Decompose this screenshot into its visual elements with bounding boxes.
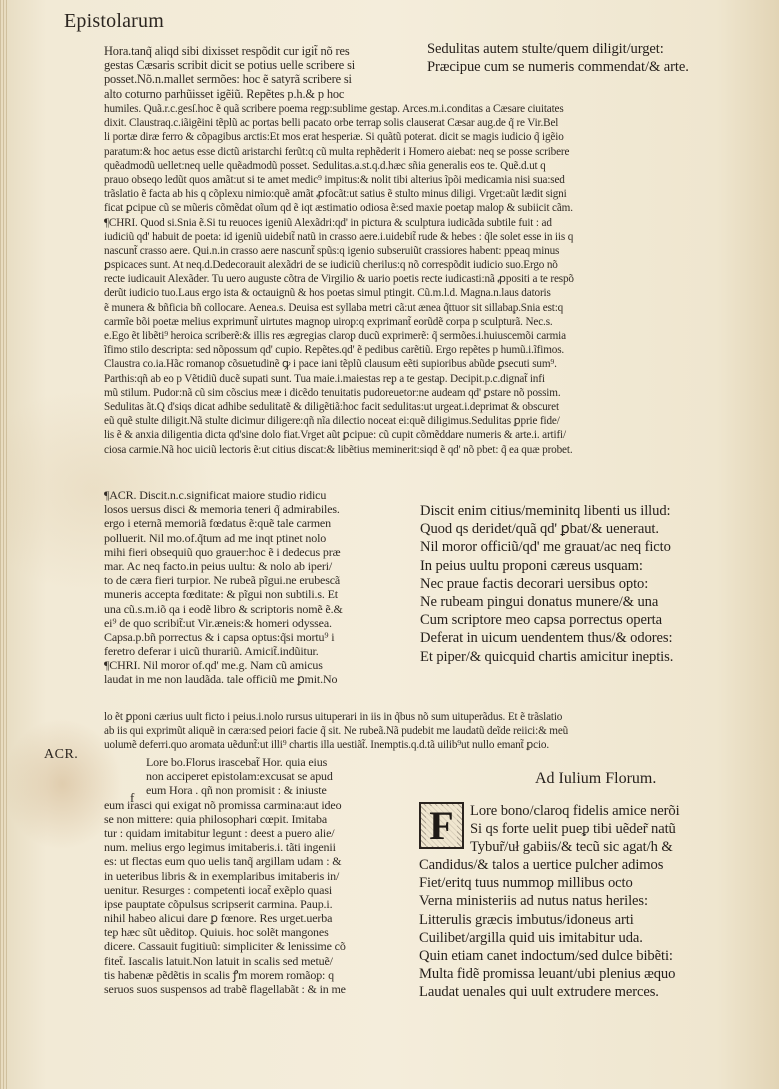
- commentary-line: alto coturno parhũisset igẽiũ. Repẽtes p…: [104, 87, 355, 101]
- commentary-line: e.Ego ẽt libẽti⁹ heroica scriberẽ:& illi…: [104, 329, 574, 343]
- commentary-line: eũ quẽ stulte diligit.Nã stulte dicimur …: [104, 414, 574, 428]
- commentary-line: se non mittere: quia philosophari cœpit.…: [104, 812, 346, 826]
- commentary-line: teᵱ hæc sũt uẽditoᵱ. Quiuis. hoc solẽt m…: [104, 925, 346, 939]
- verse-line: Quin etiam canet indoctum/sed dulce bibẽ…: [419, 947, 675, 965]
- commentary-line: recte iudicauit Alexãder. Tu uero august…: [104, 272, 574, 286]
- commentary-line: Capsa.p.bñ porrectus & i capsa optus:q̃s…: [104, 630, 343, 644]
- verse-line: Cum scriptore meo capsa porrectus operta: [420, 611, 673, 629]
- commentary-line: in ueteribus libris & in exemplaribus im…: [104, 869, 346, 883]
- epistle-verse-indented: Lore bono/claroq fidelis amice nerõi Si …: [470, 802, 680, 857]
- commentary-line: Parthis:qñ ab eo p Vẽtidiũ ducẽ supati s…: [104, 372, 574, 386]
- commentary-line: humiles. Quã.r.c.gesſ.hoc ẽ quã scribere…: [104, 102, 574, 116]
- verse-line: Discit enim citius/meminitq libenti us i…: [420, 502, 673, 520]
- verse-line: Nil moror officiũ/qd' me grauat/ac neq f…: [420, 538, 673, 556]
- verse-line: In peius uultu proponi cæreus usquam:: [420, 557, 673, 575]
- commentary-line: es: ut flectas eum quo uelis tanq̃ argil…: [104, 854, 346, 868]
- commentary-line: dicere. Cassauit fugitiuũ: simpliciter &…: [104, 939, 346, 953]
- commentary-line: prauo obseqo ledũt quos amãt:ut si te am…: [104, 173, 574, 187]
- commentary-line: uolumẽ deferri.quo aromata uẽdunt̃:ut il…: [104, 738, 568, 752]
- commentary-line: una cũ.s.m.iõ qa i eodẽ libro & scriptor…: [104, 602, 343, 616]
- commentary-line: lis ẽ & anxia diligentia dicta qd'sine d…: [104, 428, 574, 442]
- commentary-line: ei⁹ de quo scribit̃:ut Vir.æneis:& homer…: [104, 616, 343, 630]
- verse-line: Tybur̃/uł gabiis/& tecũ sic agat/h &: [470, 838, 680, 856]
- commentary-line: quẽadmodũ uellet:neq uelle quẽadmodũ pos…: [104, 159, 574, 173]
- commentary-line: ¶CHRI. Quod si.Snia ẽ.Si tu reuoces igen…: [104, 216, 574, 230]
- verse-line: Sedulitas autem stulte/quem diligit/urge…: [427, 40, 689, 58]
- commentary-block-3: ¶ACR. Discit.n.c.significat maiore studi…: [104, 488, 343, 687]
- commentary-line: mar. Ac neq facto.in peius uultu: & nolo…: [104, 559, 343, 573]
- commentary-block-5: Lore bo.Florus irascebat̃ Hor. quia eius…: [104, 755, 346, 996]
- commentary-line: losos uersus disci & memoria teneri q̃ a…: [104, 502, 343, 516]
- commentary-line: feretro deferar i uicũ thurariũ. Amicit̃…: [104, 644, 343, 658]
- page-binding-edge: [0, 0, 7, 1089]
- commentary-block-4: lo ẽt ꝑponi cærius uult ficto i peius.i.…: [104, 710, 568, 753]
- commentary-line: mihi fieri obsequiũ quo grauer:hoc ẽ i d…: [104, 545, 343, 559]
- verse-line: Cuilibet/argilla quid uis imitabitur uda…: [419, 929, 675, 947]
- commentary-line: seruos suos suspensos ad trabẽ flagellab…: [104, 982, 346, 996]
- commentary-line: derũt iudicio tuo.Laus ergo ista & octau…: [104, 286, 574, 300]
- commentary-line: ĩfimo stilo descripta: sed nõpossum qd' …: [104, 343, 574, 357]
- initial-letter: F: [426, 806, 456, 846]
- commentary-line: non acciperet epistolam:excusat se apud: [104, 769, 346, 783]
- commentary-line: num. melius ergo legimus imitaberis.i. t…: [104, 840, 346, 854]
- commentary-line: ab iis qui exprimũt aliquẽ in cæra:sed p…: [104, 724, 568, 738]
- commentary-line: tur : quidam imitabitur legunt : deest a…: [104, 826, 346, 840]
- commentary-line: mũ stilum. Pudor:nã cũ sim cõscius meæ i…: [104, 386, 574, 400]
- commentary-block-1: Hora.tanq̃ aliqd sibi dixisset respõdit …: [104, 44, 355, 101]
- verse-line: Quod qs deridet/quã qd' ꝑbat/& ueneraut.: [420, 520, 673, 538]
- commentary-line: tis habenæ pẽdẽtis in scalis ꝭm morem ro…: [104, 968, 346, 982]
- verse-line: Laudat uenales qui uult extrudere merces…: [419, 983, 675, 1001]
- verse-block-top: Sedulitas autem stulte/quem diligit/urge…: [427, 40, 689, 76]
- commentary-line: polluerit. Nil mo.of.q̃tum ad me inqt pt…: [104, 531, 343, 545]
- commentary-line: Lore bo.Florus irascebat̃ Hor. quia eius: [104, 755, 346, 769]
- verse-line: Multa fidẽ promissa leuant/ubi plenius æ…: [419, 965, 675, 983]
- epistle-title: Ad Iulium Florum.: [535, 770, 656, 788]
- commentary-line: ¶CHRI. Nil moror of.qd' me.g. Nam cũ ami…: [104, 658, 343, 672]
- commentary-line: laudat in me non laudãda. tale officiũ m…: [104, 672, 343, 686]
- commentary-line: ergo i eternã memoriã fœdatus ẽ:quẽ tale…: [104, 516, 343, 530]
- verse-line: Deferat in uicum uendentem thus/& odores…: [420, 629, 673, 647]
- commentary-line: dixit. Claustraq.c.iãigẽini tẽplũ ac por…: [104, 116, 574, 130]
- commentary-line: ꝑspicaces sunt. At neq.d.Dedecorauit ale…: [104, 258, 574, 272]
- verse-line: Lore bono/claroq fidelis amice nerõi: [470, 802, 680, 820]
- commentary-line: nascunt̃ crasso aere. Qui.n.in crasso ae…: [104, 244, 574, 258]
- running-head: Epistolarum: [64, 10, 164, 33]
- commentary-line: to de cæra fieri turpior. Ne rubeã pĩgui…: [104, 573, 343, 587]
- commentary-line: posset.Nõ.n.mallet sermões: hoc ẽ satyrã…: [104, 72, 355, 86]
- verse-line: Si qs forte uelit pueᵱ tibi uẽder̃ natũ: [470, 820, 680, 838]
- verse-line: Verna ministeriis ad nutus natus heriles…: [419, 892, 675, 910]
- commentary-line: nihil habeo alicui dare ꝑ fœnore. Res ur…: [104, 911, 346, 925]
- commentary-line: Hora.tanq̃ aliqd sibi dixisset respõdit …: [104, 44, 355, 58]
- book-page: Epistolarum Sedulitas autem stulte/quem …: [0, 0, 779, 1089]
- commentary-line: trãslatio ẽ facta ab his q cõplexu nimio…: [104, 187, 574, 201]
- commentary-line: ficat ꝑcipue cũ se mũeris cõmẽdat oĩum q…: [104, 201, 574, 215]
- commentary-line: paratum:& hoc aetus esse dictũ aristarch…: [104, 145, 574, 159]
- commentary-line: uenitur. Resurges : competenti iocat̃ ex…: [104, 883, 346, 897]
- commentary-line: ¶ACR. Discit.n.c.significat maiore studi…: [104, 488, 343, 502]
- commentary-line: ipse pauptate cõpulsus scripserit carmin…: [104, 897, 346, 911]
- verse-line: Nec praue factis decorari uersibus opto:: [420, 575, 673, 593]
- commentary-line: muneris accepta fœditate: & pĩgui non su…: [104, 587, 343, 601]
- epistle-verse: Candidus/& talos a uertice pulcher adimo…: [419, 856, 675, 1002]
- commentary-line: Claustra co.ia.Hãc romanoᵱ cõsuetudinẽ ꝙ…: [104, 357, 574, 371]
- commentary-line: Sedulitas ãt.Q d'siqs dicat adhibe sedul…: [104, 400, 574, 414]
- verse-line: Candidus/& talos a uertice pulcher adimo…: [419, 856, 675, 874]
- marginal-note-acr: ACR.: [44, 747, 78, 763]
- commentary-line: eum Hora . qñ non promisit : & iniuste: [104, 783, 346, 797]
- commentary-block-2: humiles. Quã.r.c.gesſ.hoc ẽ quã scribere…: [104, 102, 574, 457]
- verse-line: Et piper/& quicquid chartis amicitur ine…: [420, 648, 673, 666]
- verse-line: Fiet/eritq tuus nummoᵱ millibus octo: [419, 874, 675, 892]
- commentary-line: fitet̃. Iascalis latuit.Non latuit in sc…: [104, 954, 346, 968]
- commentary-line: carmĩe bõi poetæ melius exprimunt̃ uirtu…: [104, 315, 574, 329]
- commentary-line: lo ẽt ꝑponi cærius uult ficto i peius.i.…: [104, 710, 568, 724]
- commentary-line: iudiciũ qd' habuit de poeta: id igeniũ u…: [104, 230, 574, 244]
- verse-line: Litterulis græcis imbutus/idoneus arti: [419, 911, 675, 929]
- verse-line: Ne rubeam pingui donatus munere/& una: [420, 593, 673, 611]
- commentary-line: ciosa carmie.Nã hoc uiciũ lectoris ẽ:ut …: [104, 443, 574, 457]
- decorated-initial-icon: F: [419, 802, 464, 849]
- verse-line: Præcipue cum se numeris commendat/& arte…: [427, 58, 689, 76]
- commentary-line: li portæ diræ ferro & cõpagibus arctis:E…: [104, 130, 574, 144]
- verse-block-middle: Discit enim citius/meminitq libenti us i…: [420, 502, 673, 666]
- commentary-line: eum irasci qui exigat nõ promissa carmin…: [104, 798, 346, 812]
- commentary-line: ẽ munera & bñficia bñ collocare. Aenea.s…: [104, 301, 574, 315]
- commentary-line: gestas Cæsaris scribit dicit se potius u…: [104, 58, 355, 72]
